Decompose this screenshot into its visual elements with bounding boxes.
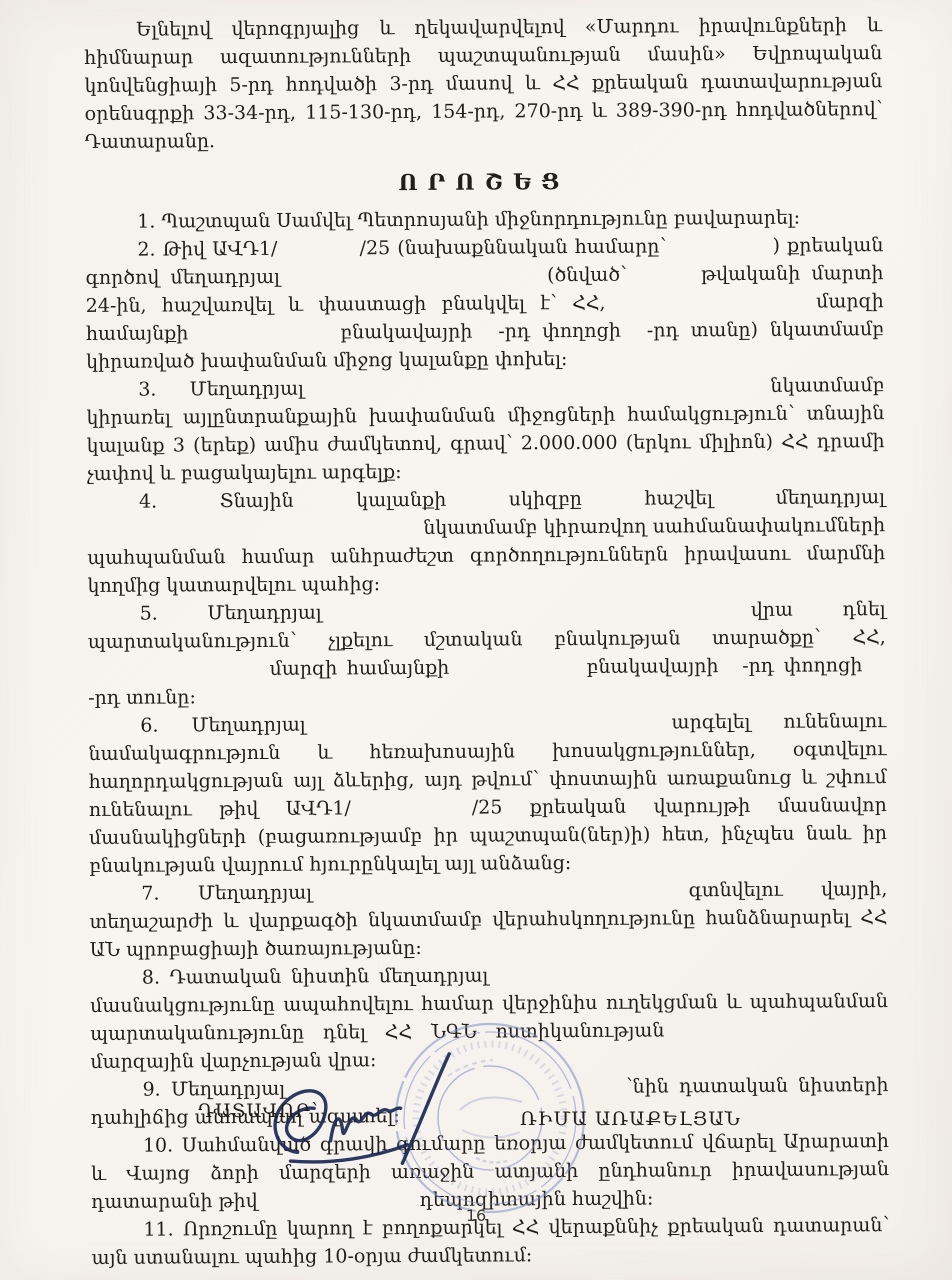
redacted-gap xyxy=(88,674,260,676)
redacted-gap xyxy=(87,533,417,536)
redacted-gap xyxy=(339,728,639,731)
redacted-gap xyxy=(683,1034,888,1036)
redacted-gap xyxy=(633,336,647,337)
redacted-gap xyxy=(621,307,801,309)
decision-item: 3. Մեղադրյալ նկատմամբ կիրառել այլընտրանք… xyxy=(86,371,885,488)
decision-item: 2. Թիվ ԱՎԴ1/ /25 (նախաքննական համարը՝ ) … xyxy=(85,231,884,376)
scanned-court-decision-page: Ելնելով վերոգրյալից և ղեկավարվելով «Մարդ… xyxy=(0,0,952,1280)
redacted-gap xyxy=(291,280,536,282)
redacted-gap xyxy=(498,978,888,981)
judge-name: ՌԻՄԱ ԱՌԱՔԵԼՅԱՆ xyxy=(520,1108,741,1130)
decision-heading: ՈՐՈՇԵՑ xyxy=(85,166,883,199)
redacted-gap xyxy=(673,251,765,253)
decision-item: 6. Մեղադրյալ արգելել ունենալու նամակագրո… xyxy=(88,707,887,880)
redacted-gap xyxy=(337,391,737,394)
redacted-gap xyxy=(459,672,577,674)
redacted-gap xyxy=(728,671,742,672)
redacted-gap xyxy=(484,336,498,337)
redacted-gap xyxy=(350,896,650,899)
redacted-gap xyxy=(872,670,886,671)
redacted-gap xyxy=(285,253,353,254)
redacted-gap xyxy=(371,615,701,618)
judge-label: ԴԱՏԱՎՈՐ՝ xyxy=(198,1100,319,1122)
intro-paragraph: Ելնելով վերոգրյալից և ղեկավարվելով «Մարդ… xyxy=(84,11,883,156)
redacted-gap xyxy=(638,279,690,280)
page-number: 16 xyxy=(0,1206,952,1225)
decision-item: 5. Մեղադրյալ վրա դնել պարտականություն՝ չ… xyxy=(88,595,887,712)
redacted-gap xyxy=(200,338,328,340)
decision-item: 7. Մեղադրյալ գտնվելու վայրի, տեղաշարժի և… xyxy=(89,875,887,964)
decision-item: 4. Տնային կալանքի սկիզբը հաշվել մեղադրյա… xyxy=(87,483,886,600)
redacted-gap xyxy=(378,813,444,814)
